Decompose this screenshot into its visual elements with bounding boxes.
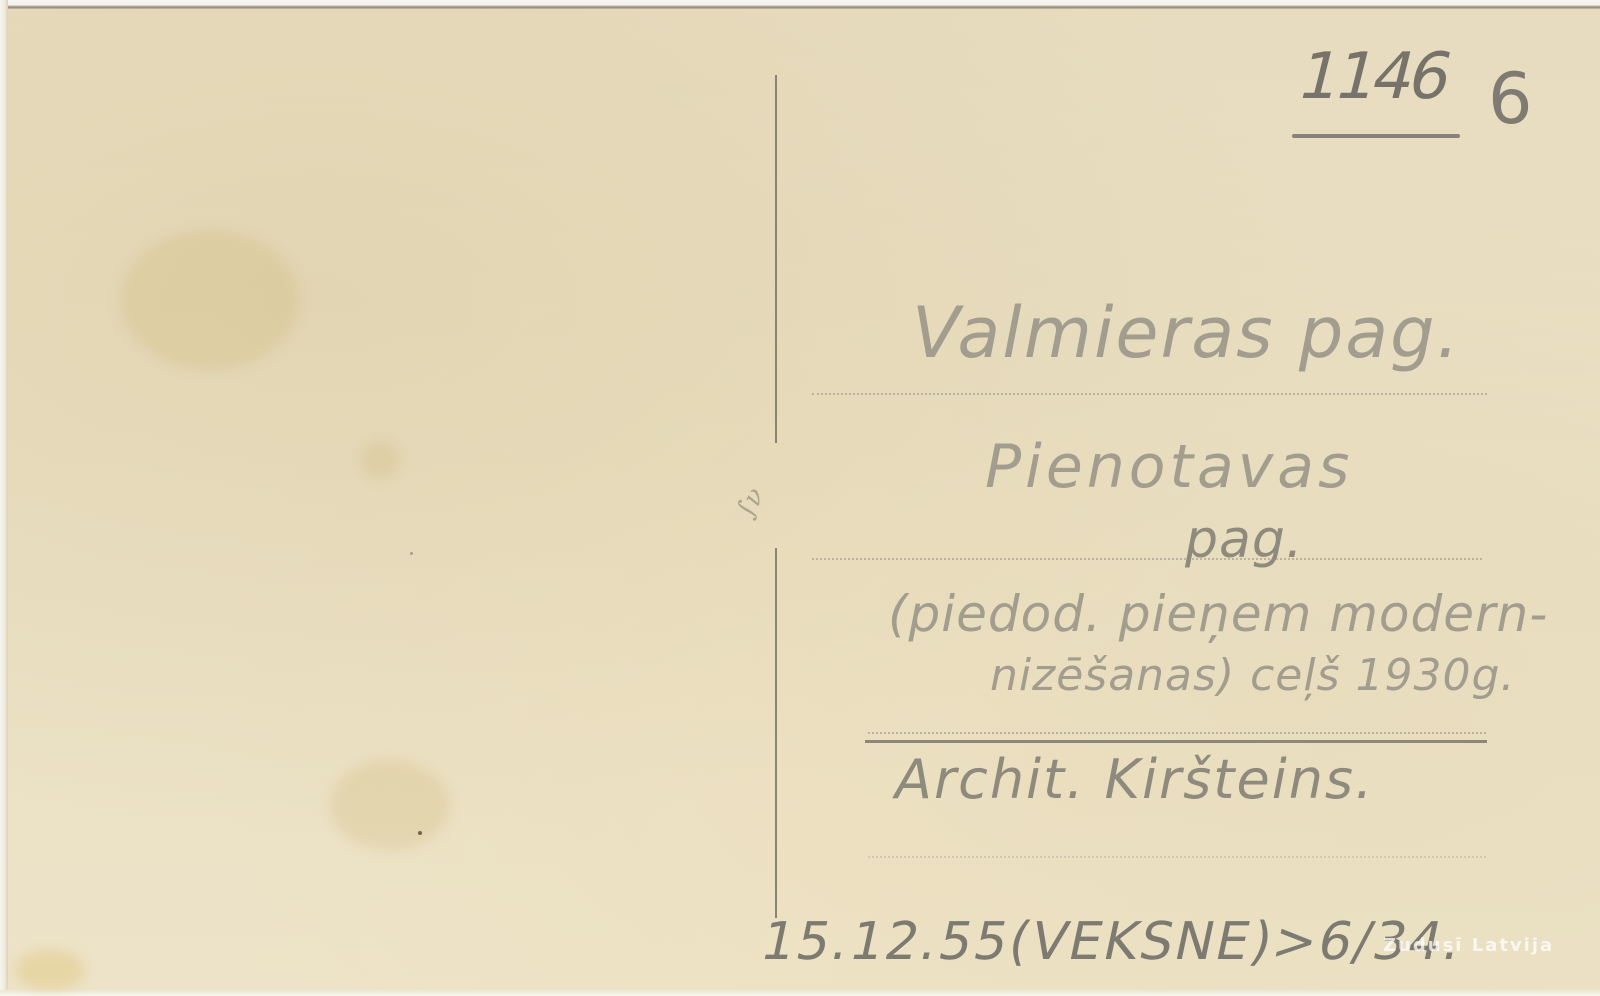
address-line-5 [868,856,1486,858]
handwritten-line: nizēšanas) ceļš 1930g. [990,650,1515,701]
scan-top-edge [0,0,1600,9]
paper-stain [15,950,85,990]
handwritten-line: Pienotavas [985,432,1353,502]
handwritten-line: (piedod. pieņem modern- [888,585,1548,643]
scan-bottom-edge [0,990,1600,996]
divider-printer-mark: ∫ν [731,474,794,533]
archive-note: 15.12.55(VEKSNE)>6/34. [756,912,1469,972]
handwritten-line: Valmieras pag. [912,292,1461,374]
scan-left-edge [0,0,8,996]
address-divider-bottom [775,548,777,918]
reference-underline [1292,134,1460,138]
reference-number: 1146 [1291,40,1456,114]
paper-speck [410,552,413,555]
reference-suffix: 6 [1488,58,1534,140]
address-divider-top [775,75,777,443]
paper-stain [120,230,300,370]
address-line-1 [812,393,1487,395]
watermark: Zudusī Latvija [1383,935,1554,956]
postcard-back: ∫ν 1146 6 Valmieras pag. Pienotavas pag.… [0,0,1600,996]
paper-stain [360,440,400,480]
paper-speck [418,831,422,835]
address-line-3 [868,732,1486,734]
handwritten-line: Archit. Kiršteins. [895,748,1374,811]
address-line-2 [812,558,1482,560]
handwritten-line: pag. [1185,510,1303,570]
paper-stain [330,760,450,850]
address-line-4 [865,740,1487,743]
